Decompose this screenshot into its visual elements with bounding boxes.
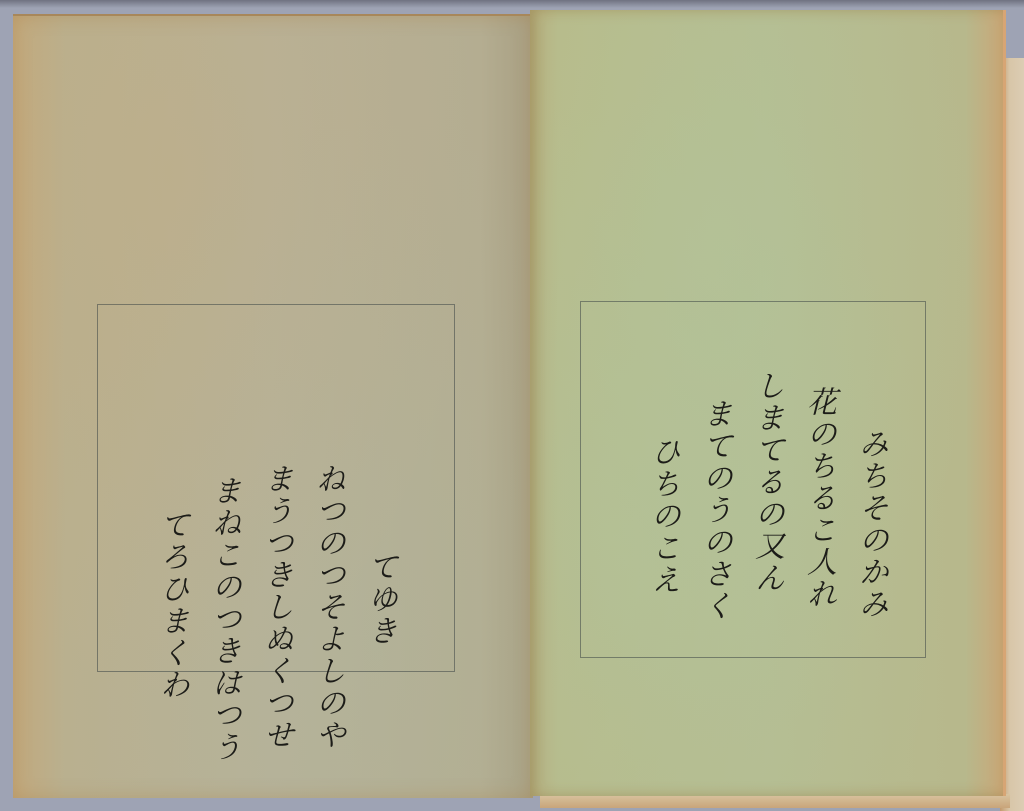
poem-column: まてのうのさく [699, 398, 729, 622]
poem-column: ねつのつそよしのや [312, 463, 342, 763]
right-page-ruled-frame: みちそのかみ 花のちるこ人れ しまてるの又ん まてのうのさく ひちのこえ [580, 301, 926, 658]
poem-column: 花のちるこ人れ [803, 386, 833, 622]
left-poem: てゆき ねつのつそよしのや まうつきしぬくつせ まねこのつきはつう てろひまくわ [156, 423, 394, 763]
poem-column: ひちのこえ [647, 436, 677, 622]
poem-column: てゆき [364, 551, 394, 763]
poem-column: てろひまくわ [156, 509, 186, 763]
open-book: てゆき ねつのつそよしのや まうつきしぬくつせ まねこのつきはつう てろひまくわ… [0, 0, 1024, 811]
left-page-ruled-frame: てゆき ねつのつそよしのや まうつきしぬくつせ まねこのつきはつう てろひまくわ [97, 304, 455, 672]
left-page: てゆき ねつのつそよしのや まうつきしぬくつせ まねこのつきはつう てろひまくわ [13, 14, 533, 798]
poem-column: しまてるの又ん [751, 370, 781, 622]
poem-column: まねこのつきはつう [208, 475, 238, 763]
poem-column: みちそのかみ [855, 428, 885, 622]
right-page: みちそのかみ 花のちるこ人れ しまてるの又ん まてのうのさく ひちのこえ [530, 10, 1006, 796]
page-bottom-edge [540, 794, 1010, 808]
poem-column: まうつきしぬくつせ [260, 463, 290, 763]
right-poem: みちそのかみ 花のちるこ人れ しまてるの又ん まてのうのさく ひちのこえ [647, 340, 885, 622]
